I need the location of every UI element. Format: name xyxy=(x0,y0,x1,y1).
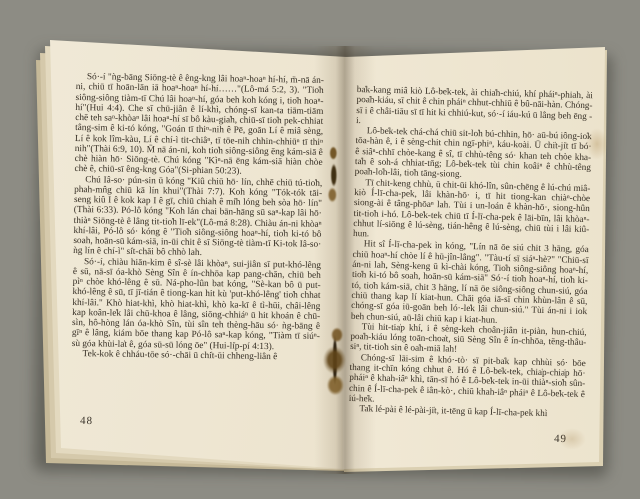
paragraph: ba̍k-kang miâ kiò Lô-be̍k-tek, ài chia̍h… xyxy=(356,84,593,131)
paragraph: Hit sî Í-lī-cha-pek ìn kóng, "Lín nā ōe … xyxy=(351,238,589,327)
ink-stain-bottom xyxy=(311,326,353,400)
paragraph: Chóng-sī lāi-sim ê khó·-tò· sī pit-ba̍k … xyxy=(349,352,586,410)
paragraph: Lô-be̍k-tek chá-chá chiū sit-lo̍h bú-chh… xyxy=(355,125,592,183)
paragraph: Só·-í "ǹg-bāng Siōng-tè ê êng-kng lâi ho… xyxy=(74,72,324,178)
photo-background: Só·-í "ǹg-bāng Siōng-tè ê êng-kng lâi ho… xyxy=(0,0,640,499)
right-page-text-block: ba̍k-kang miâ kiò Lô-be̍k-tek, ài chia̍h… xyxy=(348,84,593,440)
book-spine-shadow xyxy=(314,46,376,474)
paragraph: Só·-í, chiàu hiān-kim ê sî-sè lâi khòaⁿ,… xyxy=(72,256,321,352)
foxing-spot xyxy=(586,128,608,160)
paragraph: Chú Iâ-so· pún-sin ū kóng "Kiû chiū hō· … xyxy=(73,174,322,260)
foxing-spot xyxy=(558,428,586,450)
paragraph: Tī chit-keng chhù, ū chit-ūi khó-lîn, sû… xyxy=(353,177,591,245)
left-page-text-block: Só·-í "ǹg-bāng Siōng-tè ê êng-kng lâi ho… xyxy=(71,72,324,422)
ink-stain-top xyxy=(325,145,341,203)
left-page-number: 48 xyxy=(80,415,93,427)
